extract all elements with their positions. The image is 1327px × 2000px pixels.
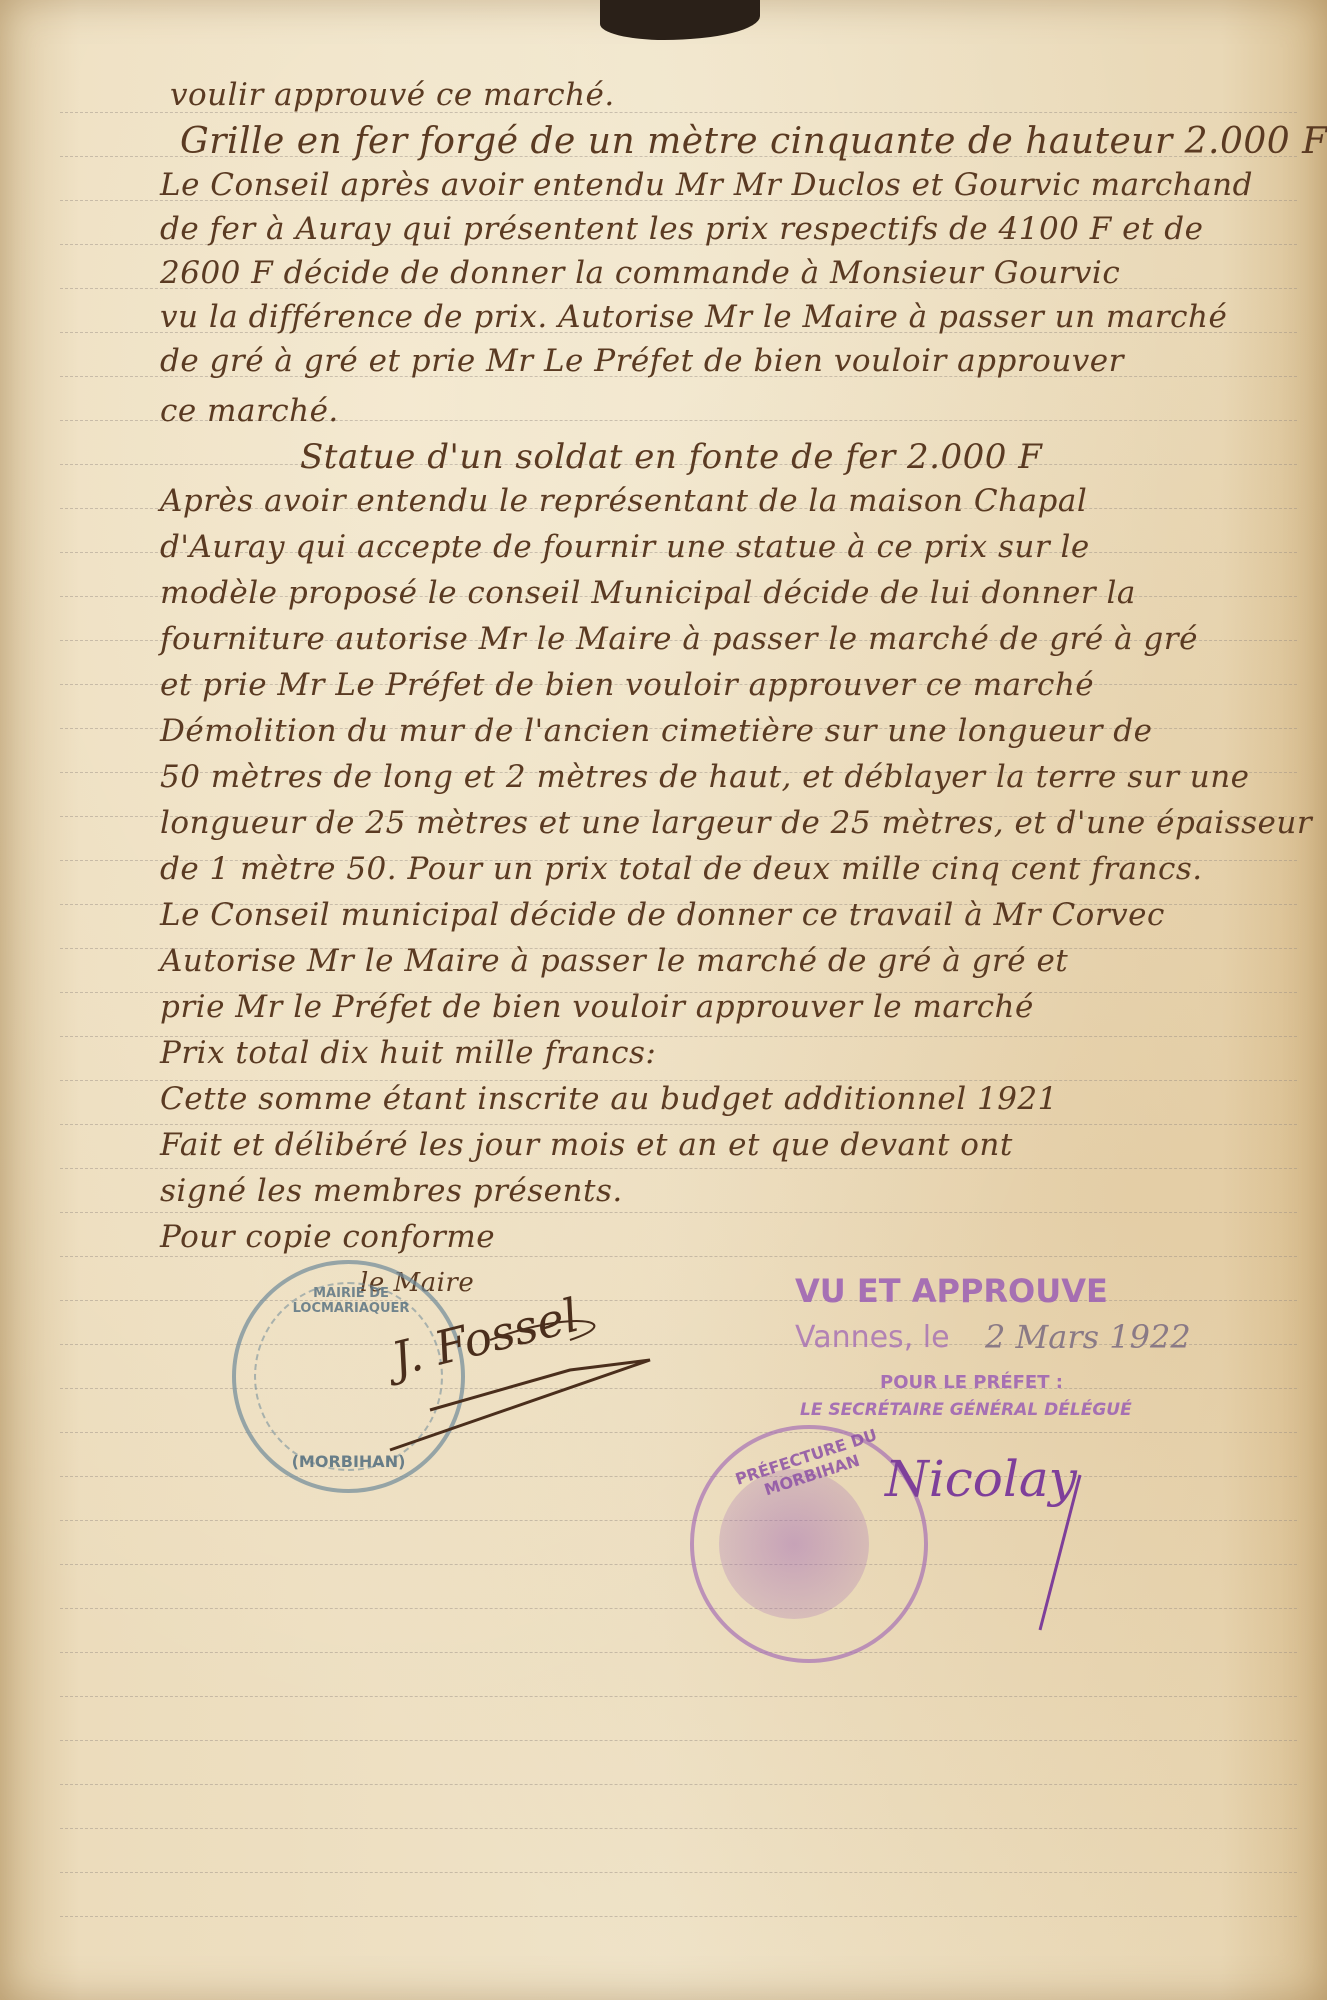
text-line: de 1 mètre 50. Pour un prix total de deu…: [160, 854, 1287, 885]
approval-stamp-title: VU ET APPROUVE: [795, 1272, 1108, 1310]
text-line: 50 mètres de long et 2 mètres de haut, e…: [160, 762, 1287, 793]
ruled-line: [60, 1740, 1297, 1741]
ruled-line: [60, 1300, 1297, 1301]
text-line: modèle proposé le conseil Municipal déci…: [160, 578, 1287, 609]
ruled-line: [60, 1652, 1297, 1653]
ruled-line: [60, 1256, 1297, 1257]
document-page: voulir approuvé ce marché. Grille en fer…: [0, 0, 1327, 2000]
signature-stroke: [1030, 1470, 1090, 1640]
ruled-line: [60, 1476, 1297, 1477]
text-line: signé les membres présents.: [160, 1176, 1287, 1207]
text-line: Le Conseil municipal décide de donner ce…: [160, 900, 1287, 931]
text-line: Statue d'un soldat en fonte de fer 2.000…: [300, 440, 1287, 474]
text-line: Le Conseil après avoir entendu Mr Mr Duc…: [160, 170, 1287, 201]
text-line: fourniture autorise Mr le Maire à passer…: [160, 624, 1287, 655]
text-line: prie Mr le Préfet de bien vouloir approu…: [160, 992, 1287, 1023]
ruled-line: [60, 1784, 1297, 1785]
ruled-line: [60, 1916, 1297, 1917]
ruled-line: [60, 1124, 1297, 1125]
text-line: Démolition du mur de l'ancien cimetière …: [160, 716, 1287, 747]
approval-date: 2 Mars 1922: [985, 1318, 1191, 1356]
ruled-line: [60, 1212, 1297, 1213]
text-line: voulir approuvé ce marché.: [170, 80, 1287, 111]
text-line: et prie Mr Le Préfet de bien vouloir app…: [160, 670, 1287, 701]
ruled-line: [60, 1872, 1297, 1873]
approval-stamp-secretary: LE SECRÉTAIRE GÉNÉRAL DÉLÉGUÉ: [800, 1400, 1132, 1420]
text-line: Prix total dix huit mille francs:: [160, 1038, 1287, 1069]
approval-stamp-place: Vannes, le: [795, 1320, 950, 1355]
text-line: Autorise Mr le Maire à passer le marché …: [160, 946, 1287, 977]
text-line: Fait et délibéré les jour mois et an et …: [160, 1130, 1287, 1161]
text-line: Cette somme étant inscrite au budget add…: [160, 1084, 1287, 1115]
text-line: Grille en fer forgé de un mètre cinquant…: [180, 124, 1287, 160]
torn-edge: [600, 0, 760, 40]
text-line: de gré à gré et prie Mr Le Préfet de bie…: [160, 346, 1287, 377]
text-line: Pour copie conforme: [160, 1222, 1287, 1253]
signature-flourish: [370, 1300, 670, 1460]
text-line: vu la différence de prix. Autorise Mr le…: [160, 302, 1287, 333]
ruled-line: [60, 1520, 1297, 1521]
ruled-line: [60, 1168, 1297, 1169]
ruled-line: [60, 1828, 1297, 1829]
text-line: d'Auray qui accepte de fournir une statu…: [160, 532, 1287, 563]
text-line: longueur de 25 mètres et une largeur de …: [160, 808, 1287, 839]
text-line: de fer à Auray qui présentent les prix r…: [160, 214, 1287, 245]
ruled-line: [60, 1608, 1297, 1609]
ruled-line: [60, 1564, 1297, 1565]
text-line: Après avoir entendu le représentant de l…: [160, 486, 1287, 517]
ruled-line: [60, 1696, 1297, 1697]
text-line: ce marché.: [160, 396, 1287, 427]
approval-stamp-for-prefect: POUR LE PRÉFET :: [880, 1372, 1063, 1393]
text-line: 2600 F décide de donner la commande à Mo…: [160, 258, 1287, 289]
